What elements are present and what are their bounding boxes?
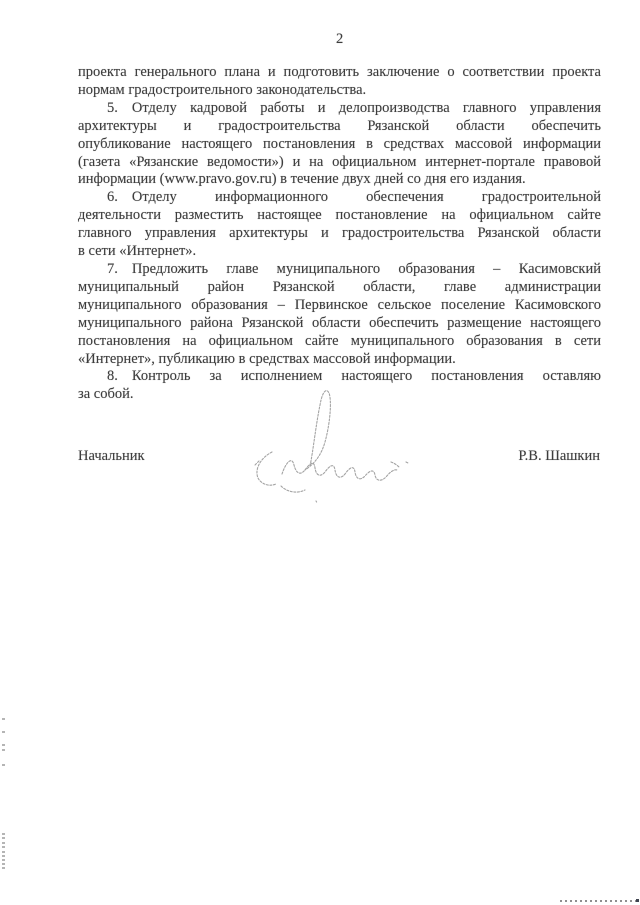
text-line: нормам градостроительного законодательст… [78,82,601,100]
scan-artifact-edge-mark [2,859,5,861]
scan-artifact-edge-mark [2,863,5,865]
text-line: 6.Отделу информационного обеспечения гра… [78,189,601,207]
text-line: архитектуры и градостроительства Рязанск… [78,118,601,136]
text-line: в сети «Интернет». [78,243,601,261]
scan-artifact-dotted-line [560,900,636,902]
paragraph-number: 5. [107,100,118,116]
handwritten-signature [248,380,423,515]
scanned-document-page: 2 проекта генерального плана и подготови… [0,0,640,905]
scan-artifact-edge-mark [2,833,5,835]
text-line: информации (www.pravo.gov.ru) в течение … [78,171,601,189]
document-body: проекта генерального плана и подготовить… [78,64,601,404]
text-line: 7.Предложить главе муниципального образо… [78,261,601,279]
text-line: опубликование настоящего постановления в… [78,136,601,154]
scan-artifact-edge-mark [2,867,5,869]
scan-artifact-edge-mark [2,744,5,746]
text-line: проекта генерального плана и подготовить… [78,64,601,82]
text-line: муниципального образования – Первинское … [78,297,601,315]
scan-artifact-edge-mark [2,718,5,720]
scan-artifact-edge-mark [2,837,5,839]
scan-artifact-edge-mark [2,764,5,766]
paragraph-number: 6. [107,189,118,205]
text-line: деятельности разместить настоящее постан… [78,207,601,225]
page-number: 2 [336,31,343,48]
text-line: (газета «Рязанские ведомости») и на офиц… [78,154,601,172]
text-line: муниципальный район Рязанской области, г… [78,279,601,297]
text-line: главного управления архитектуры и градос… [78,225,601,243]
paragraph-number: 8. [107,368,118,384]
scan-artifact-edge-mark [2,749,5,751]
scan-artifact-edge-mark [2,846,5,848]
paragraph-number: 7. [107,261,118,277]
signatory-position: Начальник [78,448,145,465]
text-line: 5.Отделу кадровой работы и делопроизводс… [78,100,601,118]
scan-artifact-edge-mark [2,731,5,733]
signatory-name: Р.В. Шашкин [518,448,600,465]
scan-artifact-edge-mark [2,851,5,853]
scan-artifact-dot [636,899,639,902]
scan-artifact-edge-mark [2,842,5,844]
text-line: муниципального района Рязанской области … [78,315,601,333]
text-line: постановления на официальном сайте муниц… [78,333,601,351]
text-line: «Интернет», публикацию в средствах массо… [78,351,601,369]
scan-artifact-edge-mark [2,855,5,857]
